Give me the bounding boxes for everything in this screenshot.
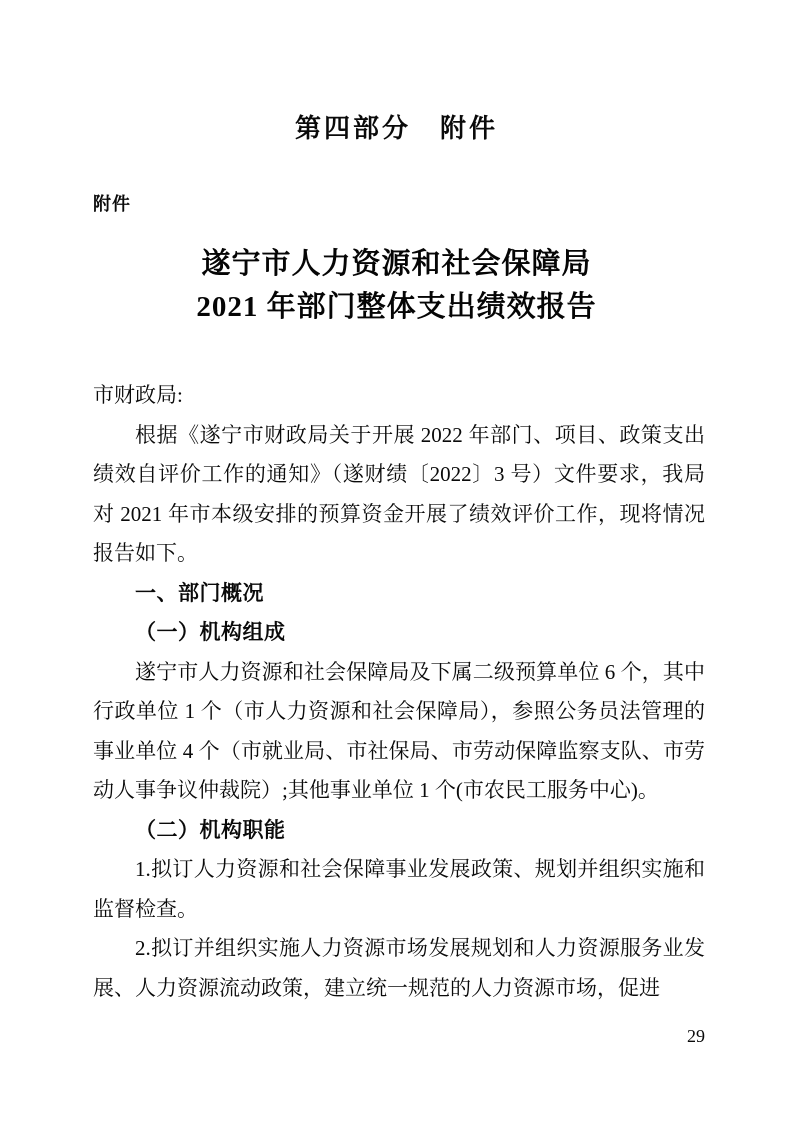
page-number: 29 <box>687 1026 705 1047</box>
report-title: 遂宁市人力资源和社会保障局 2021 年部门整体支出绩效报告 <box>0 243 793 329</box>
report-title-line2: 2021 年部门整体支出绩效报告 <box>0 286 793 329</box>
function-item-2: 2.拟订并组织实施人力资源市场发展规划和人力资源服务业发展、人力资源流动政策，建… <box>93 929 705 1008</box>
intro-paragraph: 根据《遂宁市财政局关于开展 2022 年部门、项目、政策支出绩效自评价工作的通知… <box>93 416 705 574</box>
document-page: 第四部分 附件 附件 遂宁市人力资源和社会保障局 2021 年部门整体支出绩效报… <box>0 0 793 1122</box>
document-body: 市财政局: 根据《遂宁市财政局关于开展 2022 年部门、项目、政策支出绩效自评… <box>93 376 705 1008</box>
section-1-2-heading: （二）机构职能 <box>93 811 705 851</box>
function-item-1: 1.拟订人力资源和社会保障事业发展政策、规划并组织实施和监督检查。 <box>93 850 705 929</box>
section-1-1-heading: （一）机构组成 <box>93 613 705 653</box>
section-heading: 第四部分 附件 <box>0 108 793 145</box>
section-1-1-text: 遂宁市人力资源和社会保障局及下属二级预算单位 6 个，其中行政单位 1 个（市人… <box>93 653 705 811</box>
report-title-line1: 遂宁市人力资源和社会保障局 <box>0 243 793 286</box>
section-1-heading: 一、部门概况 <box>93 574 705 614</box>
attachment-label: 附件 <box>93 190 131 216</box>
salutation: 市财政局: <box>93 376 705 416</box>
